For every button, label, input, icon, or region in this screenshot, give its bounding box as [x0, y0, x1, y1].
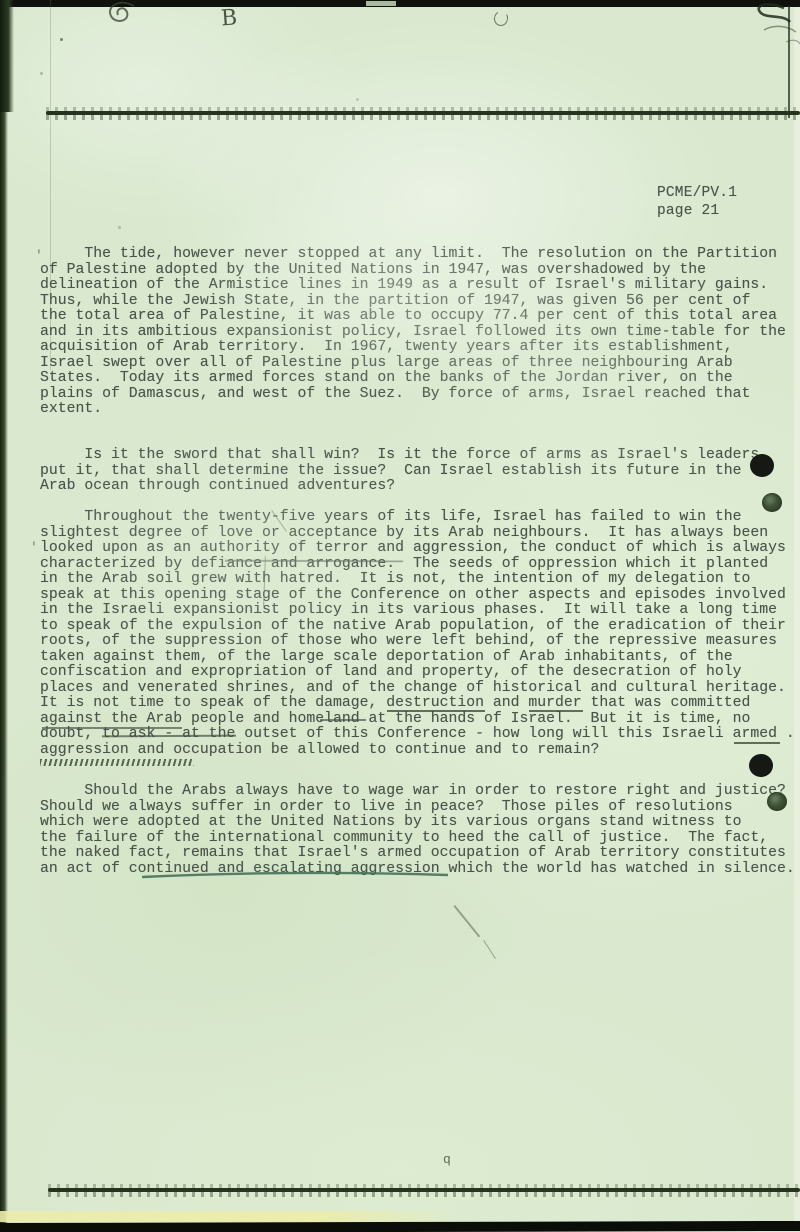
margin-tick: ' — [35, 248, 43, 263]
punch-hole-dot — [750, 454, 774, 477]
handwritten-b-mark: B — [220, 5, 238, 31]
strikethrough-homeland — [320, 719, 366, 721]
stamp-dot — [762, 493, 782, 512]
scanned-document-page: B PCME/PV.1 page 21 The tide, however ne… — [0, 0, 800, 1232]
margin-tick: ' — [30, 540, 38, 555]
scan-left-edge — [0, 0, 8, 1232]
diagonal-pencil-mark — [454, 905, 480, 937]
scan-left-edge-top — [0, 0, 14, 112]
underline-against-the-arab — [42, 727, 182, 729]
yellow-tape-strip — [0, 1211, 460, 1222]
top-horizontal-rule — [46, 111, 800, 115]
bottom-horizontal-rule — [48, 1188, 800, 1192]
paragraph-4: Should the Arabs always have to wage war… — [40, 784, 795, 877]
paragraph-3: Throughout the twenty-five years of its … — [40, 510, 795, 758]
stamp-dot — [767, 792, 787, 811]
scribble-top-left — [100, 0, 146, 30]
scan-top-edge-notch — [366, 1, 396, 6]
scan-right-edge — [794, 7, 800, 1222]
paragraph-2: Is it the sword that shall win? Is it th… — [40, 448, 759, 495]
scan-bottom-edge — [0, 1221, 800, 1232]
underline-murder — [529, 710, 583, 712]
punch-hole-dot — [749, 754, 773, 777]
paragraph-1: The tide, however never stopped at any l… — [40, 247, 786, 418]
circle-mark — [492, 10, 509, 28]
hatched-underline-aggression — [40, 759, 194, 766]
underline-destruction — [387, 710, 485, 712]
page-number: page 21 — [657, 203, 737, 221]
bottom-q-mark: q — [443, 1152, 451, 1167]
doc-reference: PCME/PV.1 — [657, 185, 737, 203]
paper-speck — [118, 226, 121, 229]
paper-speck — [60, 38, 63, 41]
scribble-top-right — [688, 0, 800, 62]
ink-underline-continued-aggression — [140, 869, 452, 881]
paper-speck — [356, 98, 359, 101]
diagonal-pencil-mark — [483, 940, 496, 959]
paper-speck — [40, 72, 43, 75]
document-header: PCME/PV.1 page 21 — [657, 185, 737, 220]
underline-armed — [734, 742, 780, 744]
